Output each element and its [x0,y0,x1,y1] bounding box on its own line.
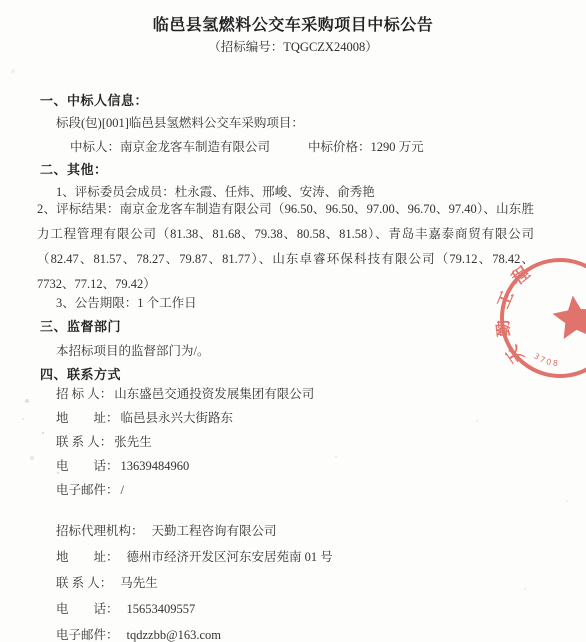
tenderer-email-row: 电子邮件：/ [56,478,314,502]
tenderer-contact-block: 招 标 人：山东盛邑交通投资发展集团有限公司 地 址：临邑县永兴大街路东 联 系… [56,382,314,502]
section1-heading: 一、中标人信息： [40,90,148,109]
agency-phone-row: 电 话：15653409557 [56,596,333,622]
scan-noise [0,0,2,2]
tenderer-address-row: 地 址：临邑县永兴大街路东 [56,406,314,430]
page-title: 临邑县氢燃料公交车采购项目中标公告 [0,12,586,35]
winner-value: 南京金龙客车制造有限公司 [120,140,270,154]
stamp-star-icon [551,293,586,340]
supervision-line: 本招标项目的监督部门为/。 [56,341,209,359]
winner-line: 中标人：南京金龙客车制造有限公司中标价格：1290 万元 [70,137,424,155]
price-label: 中标价格： [308,140,371,154]
tender-number: （招标编号：TQGCZX24008） [0,37,586,55]
agency-contact-block: 招标代理机构：天勤工程咨询有限公司 地 址：德州市经济开发区河东安居苑南 01 … [56,518,333,642]
lot-line: 标段(包)[001]临邑县氢燃料公交车采购项目： [56,113,304,131]
tenderer-phone-row: 电 话：13639484960 [56,454,314,478]
section4-heading: 四、联系方式 [40,364,121,383]
tenderer-contact-person-row: 联 系 人：张先生 [56,430,314,454]
tenderer-name-row: 招 标 人：山东盛邑交通投资发展集团有限公司 [56,382,314,406]
agency-contact-person-row: 联 系 人：马先生 [56,570,333,596]
price-value: 1290 万元 [371,140,424,154]
stamp-code-digits: 3708 [531,349,561,371]
section3-heading: 三、监督部门 [40,316,121,335]
winner-label: 中标人： [70,140,120,154]
agency-email-row: 电子邮件：tqdzzbb@163.com [56,622,333,642]
notice-period-line: 3、公告期限：1 个工作日 [56,293,197,311]
evaluation-result-paragraph: 2、评标结果：南京金龙客车制造有限公司（96.50、96.50、97.00、96… [37,197,534,297]
agency-name-row: 招标代理机构：天勤工程咨询有限公司 [56,518,333,544]
agency-address-row: 地 址：德州市经济开发区河东安居苑南 01 号 [56,544,333,570]
scanned-document-page: 临邑县氢燃料公交车采购项目中标公告 （招标编号：TQGCZX24008） 一、中… [0,0,586,642]
svg-text:3708: 3708 [531,349,561,371]
section2-heading: 二、其他： [40,159,108,178]
